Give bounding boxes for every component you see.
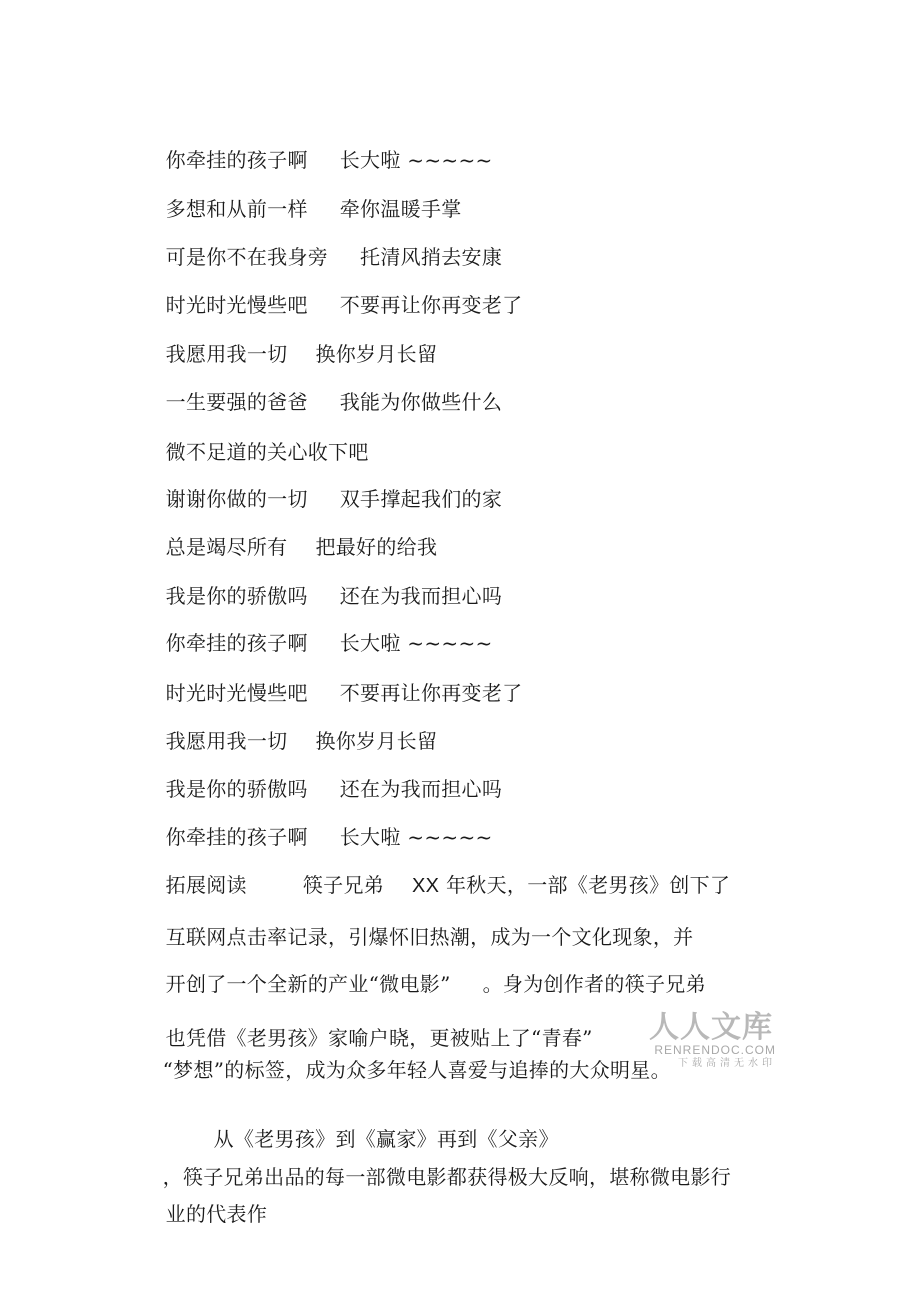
lyric-part-a: 多想和从前一样 <box>166 197 308 221</box>
watermark: 人人文库 RENRENDOC.COM 下载高清无水印 <box>646 1012 776 1071</box>
lyric-part-a: 谢谢你做的一切 <box>166 487 308 511</box>
paragraph-2-line-3: 业的代表作 <box>139 1178 267 1250</box>
lyric-part-b: 牵你温暖手掌 <box>340 197 462 221</box>
lyric-part-a: 你牵挂的孩子啊 <box>166 631 308 655</box>
paragraph-text: 年秋天，一部《老男孩》创下了 <box>446 873 730 897</box>
lyric-part-a: 可是你不在我身旁 <box>166 245 328 269</box>
paragraph-text: 互联网点击率记录，引爆怀旧热潮，成为一个文化现象，并 <box>166 925 694 949</box>
lyric-part-a: 你牵挂的孩子啊 <box>166 148 308 172</box>
lyric-part-b: 换你岁月长留 <box>315 342 437 366</box>
lyric-part-a: 我是你的骄傲吗 <box>166 777 308 801</box>
lyric-part-b: 不要再让你再变老了 <box>340 681 523 705</box>
lyric-part-a: 时光时光慢些吧 <box>166 293 308 317</box>
lyric-part-a: 我愿用我一切 <box>166 342 288 366</box>
lyric-part-a: 你牵挂的孩子啊 <box>166 825 308 849</box>
lyric-part-b: 我能为你做些什么 <box>340 390 502 414</box>
year-placeholder: XX <box>412 874 439 898</box>
lyric-part-b: 长大啦 ~~~~~ <box>340 825 493 849</box>
watermark-title: 人人文库 <box>646 1012 776 1044</box>
paragraph-text: “梦想”的标签，成为众多年轻人喜爱与追捧的大众明星。 <box>163 1058 671 1082</box>
lyric-part-b: 不要再让你再变老了 <box>340 293 523 317</box>
watermark-domain: RENRENDOC.COM <box>646 1044 776 1057</box>
lyric-part-a: 一生要强的爸爸 <box>166 390 308 414</box>
lyric-part-b: 长大啦 ~~~~~ <box>340 148 493 172</box>
lyric-part-b: 换你岁月长留 <box>315 729 437 753</box>
watermark-subtitle: 下载高清无水印 <box>646 1057 776 1071</box>
lyric-part-b: 双手撑起我们的家 <box>340 487 502 511</box>
lyric-part-a: 微不足道的关心收下吧 <box>166 440 369 464</box>
lyric-part-b: 托清风捎去安康 <box>360 245 502 269</box>
lyric-part-a: 我愿用我一切 <box>166 729 288 753</box>
lyric-part-b: 还在为我而担心吗 <box>340 777 502 801</box>
extended-reading-line-5: “梦想”的标签，成为众多年轻人喜爱与追捧的大众明星。 <box>136 1034 671 1106</box>
document-page: 你牵挂的孩子啊长大啦 ~~~~~ 多想和从前一样牵你温暖手掌 可是你不在我身旁托… <box>0 0 920 1303</box>
lyric-part-a: 总是竭尽所有 <box>166 535 288 559</box>
lyric-part-b: 还在为我而担心吗 <box>340 584 502 608</box>
lyric-part-b: 把最好的给我 <box>315 535 437 559</box>
paragraph-text: 开创了一个全新的产业“微电影” <box>166 972 451 996</box>
lyric-part-a: 时光时光慢些吧 <box>166 681 308 705</box>
paragraph-text: 。身为创作者的筷子兄弟 <box>483 972 706 996</box>
lyric-part-a: 我是你的骄傲吗 <box>166 584 308 608</box>
extended-reading-label: 拓展阅读 <box>166 873 247 897</box>
lyric-part-b: 长大啦 ~~~~~ <box>340 631 493 655</box>
paragraph-text: 业的代表作 <box>166 1202 268 1226</box>
subject-name: 筷子兄弟 <box>303 873 384 897</box>
